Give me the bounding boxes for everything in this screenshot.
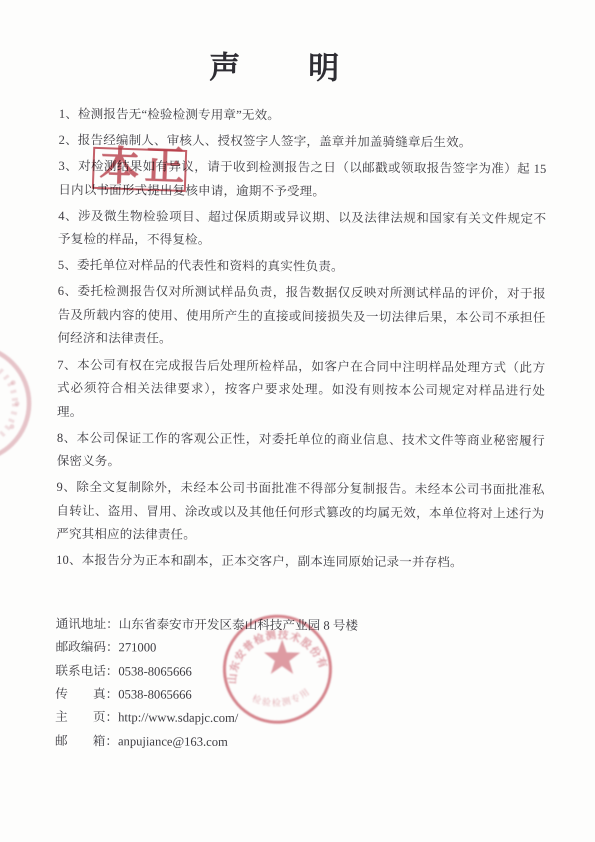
contact-phone-label: 联系电话： (55, 660, 118, 684)
svg-text:山东安普检测技术股份有限公司: 山东安普检测技术股份有限公司 (209, 601, 331, 689)
contact-homepage-label: 主 页： (55, 706, 118, 730)
statement-item-10: 10、本报告分为正本和副本，正本交客户，副本连同原始记录一并存档。 (56, 549, 544, 575)
statement-item-4: 4、涉及微生物检验项目、超过保质期或异议期、以及法律法规和国家有关文件规定不予复… (58, 205, 546, 255)
contact-fax-value: 0538-8065666 (118, 683, 192, 707)
contact-email-label: 邮 箱： (55, 730, 118, 754)
scanned-sheet: 声 明 1、检测报告无“检验检测专用章”无效。 2、报告经编制人、审核人、授权签… (0, 0, 595, 842)
company-seal: 山东安普检测技术股份有限公司 检验检测专用章 (209, 601, 346, 738)
statement-item-6: 6、委托检测报告仅对所测试样品负责，报告数据仅反映对所测试样品的评价，对于报告及… (57, 280, 545, 353)
contact-zipcode-value: 271000 (118, 637, 156, 661)
contact-phone-value: 0538-8065666 (118, 660, 192, 684)
seal-top-arc-text: 山东安普检测技术股份有限公司 (209, 601, 331, 689)
contact-address-label: 通讯地址： (56, 613, 119, 637)
stamp-char: 本 (99, 146, 140, 187)
page-title: 声 明 (31, 49, 519, 88)
contact-zipcode-label: 邮政编码： (56, 636, 119, 660)
seam-seal-partial (0, 335, 41, 475)
statement-item-5: 5、委托单位对样品的代表性和资料的真实性负责。 (58, 254, 546, 280)
original-copy-stamp: 本 正 (92, 147, 187, 192)
seal-star-icon (264, 639, 300, 674)
statement-item-8: 8、本公司保证工作的客观公正性，对委托单位的商业信息、技术文件等商业秘密履行保密… (57, 427, 545, 477)
statement-item-1: 1、检测报告无“检验检测专用章”无效。 (59, 103, 547, 129)
statement-item-7: 7、本公司有权在完成报告后处理所检样品，如客户在合同中注明样品处理方式（此方式必… (57, 353, 545, 426)
document-page: 声 明 1、检测报告无“检验检测专用章”无效。 2、报告经编制人、审核人、授权签… (0, 0, 595, 842)
contact-fax-label: 传 真： (55, 683, 118, 707)
stamp-char: 正 (144, 146, 185, 187)
statement-item-9: 9、除全文复制除外，未经本公司书面批准不得部分复制报告。未经本公司书面批准私自转… (56, 476, 544, 549)
